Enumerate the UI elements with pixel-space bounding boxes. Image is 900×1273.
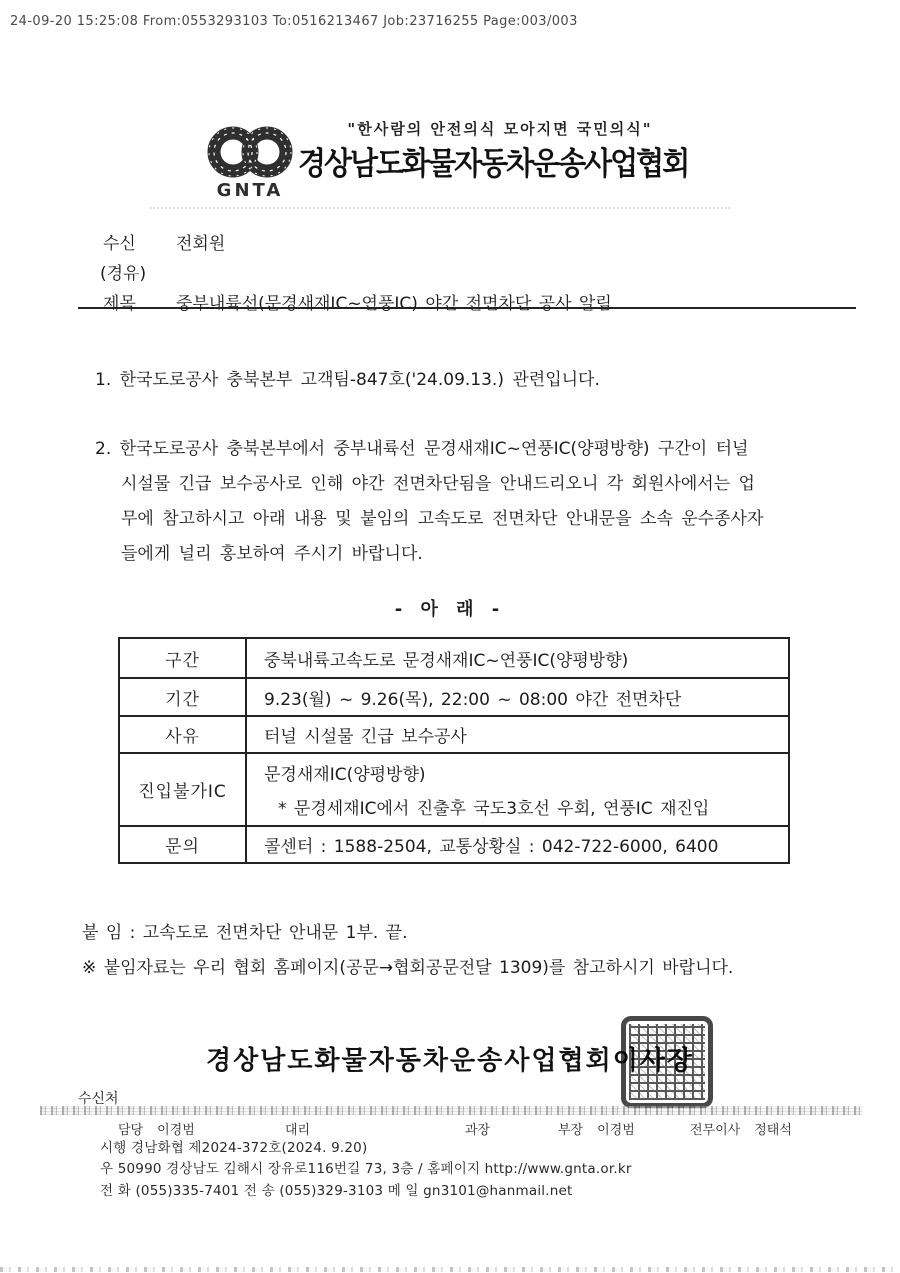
recipient-label: 수신 (103, 229, 136, 254)
seal-pattern (629, 1024, 705, 1100)
attachment-line: 붙 임 : 고속도로 전면차단 안내문 1부. 끝. (82, 918, 408, 943)
organization-name: 경상남도화물자동차운송사업협회 (298, 139, 718, 183)
row-label: 문의 (120, 827, 247, 862)
row-label: 사유 (120, 717, 247, 752)
paragraph-2-line4: 들에게 널리 홍보하여 주시기 바랍니다. (95, 537, 885, 572)
via-label: (경유) (100, 259, 146, 284)
approval-name: 정태석 (754, 1123, 792, 1138)
closure-info-table: 구간 중북내륙고속도로 문경새재IC~연풍IC(양평방향) 기간 9.23(월)… (118, 637, 790, 864)
row-value: 문경새재IC(양평방향) * 문경세재IC에서 진출후 국도3호선 우회, 연풍… (247, 754, 788, 825)
row-value: 9.23(월) ~ 9.26(목), 22:00 ~ 08:00 야간 전면차단 (247, 679, 788, 715)
table-row-contact: 문의 콜센터 : 1588-2504, 교통상황실 : 042-722-6000… (120, 825, 788, 862)
approval-role: 과장 (465, 1123, 490, 1138)
paragraph-2-line1: 2. 한국도로공사 충북본부에서 중부내륙선 문경새재IC~연풍IC(양평방향)… (95, 432, 885, 467)
row-value-line1: 문경새재IC(양평방향) (264, 760, 788, 785)
paragraph-1: 1. 한국도로공사 충북본부 고객팀-847호('24.09.13.) 관련입니… (95, 365, 600, 390)
below-heading: - 아 래 - (0, 595, 900, 621)
contact-line: 전 화 (055)335-7401 전 송 (055)329-3103 메 일 … (100, 1179, 573, 1199)
row-label: 구간 (120, 639, 247, 677)
row-label: 기간 (120, 679, 247, 715)
table-row-period: 기간 9.23(월) ~ 9.26(목), 22:00 ~ 08:00 야간 전… (120, 677, 788, 715)
attachment-note: ※ 붙임자료는 우리 협회 홈페이지(공문→협회공문전달 1309)를 참고하시… (82, 953, 733, 978)
document-number-line: 시행 경남화협 제2024-372호(2024. 9.20) (100, 1136, 367, 1156)
subject-label: 제목 (103, 289, 136, 314)
table-row-reason: 사유 터널 시설물 긴급 보수공사 (120, 715, 788, 752)
row-value: 중북내륙고속도로 문경새재IC~연풍IC(양평방향) (247, 639, 788, 677)
header-rule (78, 307, 856, 309)
logo-acronym: GNTA (202, 180, 298, 201)
approval-role: 부장 (558, 1123, 583, 1138)
approval-manager: 과장 (465, 1119, 504, 1138)
table-row-no-entry-ic: 진입불가IC 문경새재IC(양평방향) * 문경세재IC에서 진출후 국도3호선… (120, 752, 788, 825)
subject-value: 중부내륙선(문경새재IC~연풍IC) 야간 전면차단 공사 알림 (176, 289, 612, 314)
approval-executive: 전무이사정태석 (690, 1119, 792, 1138)
row-value: 터널 시설물 긴급 보수공사 (247, 717, 788, 752)
paragraph-2-line3: 무에 참고하시고 아래 내용 및 붙임의 고속도로 전면차단 안내문을 소속 운… (95, 502, 885, 537)
table-row-section: 구간 중북내륙고속도로 문경새재IC~연풍IC(양평방향) (120, 639, 788, 677)
letterhead-divider (150, 207, 730, 209)
row-value: 콜센터 : 1588-2504, 교통상황실 : 042-722-6000, 6… (247, 827, 788, 862)
letterhead-slogan: "한사람의 안전의식 모아지면 국민의식" (300, 118, 700, 139)
recipient-value: 전회원 (176, 229, 225, 254)
approval-role: 전무이사 (690, 1123, 740, 1138)
address-line: 우 50990 경상남도 김해시 장유로116번길 73, 3층 / 홈페이지 … (100, 1157, 632, 1177)
approval-name: 이경범 (597, 1123, 635, 1138)
recipients-list-label: 수신처 (78, 1088, 119, 1108)
scan-noise-bar (40, 1106, 862, 1115)
official-seal-stamp (621, 1016, 713, 1108)
scan-noise-bottom (0, 1267, 900, 1272)
paragraph-2: 2. 한국도로공사 충북본부에서 중부내륙선 문경새재IC~연풍IC(양평방향)… (95, 432, 885, 572)
paragraph-2-line2: 시설물 긴급 보수공사로 인해 야간 전면차단됨을 안내드리오니 각 회원사에서… (95, 467, 885, 502)
row-label: 진입불가IC (120, 754, 247, 825)
approval-director: 부장이경범 (558, 1119, 635, 1138)
row-value-line2: * 문경세재IC에서 진출후 국도3호선 우회, 연풍IC 재진입 (264, 794, 788, 819)
fax-document-page: 24-09-20 15:25:08 From:0553293103 To:051… (0, 0, 900, 1273)
fax-transmission-header: 24-09-20 15:25:08 From:0553293103 To:051… (10, 14, 578, 29)
